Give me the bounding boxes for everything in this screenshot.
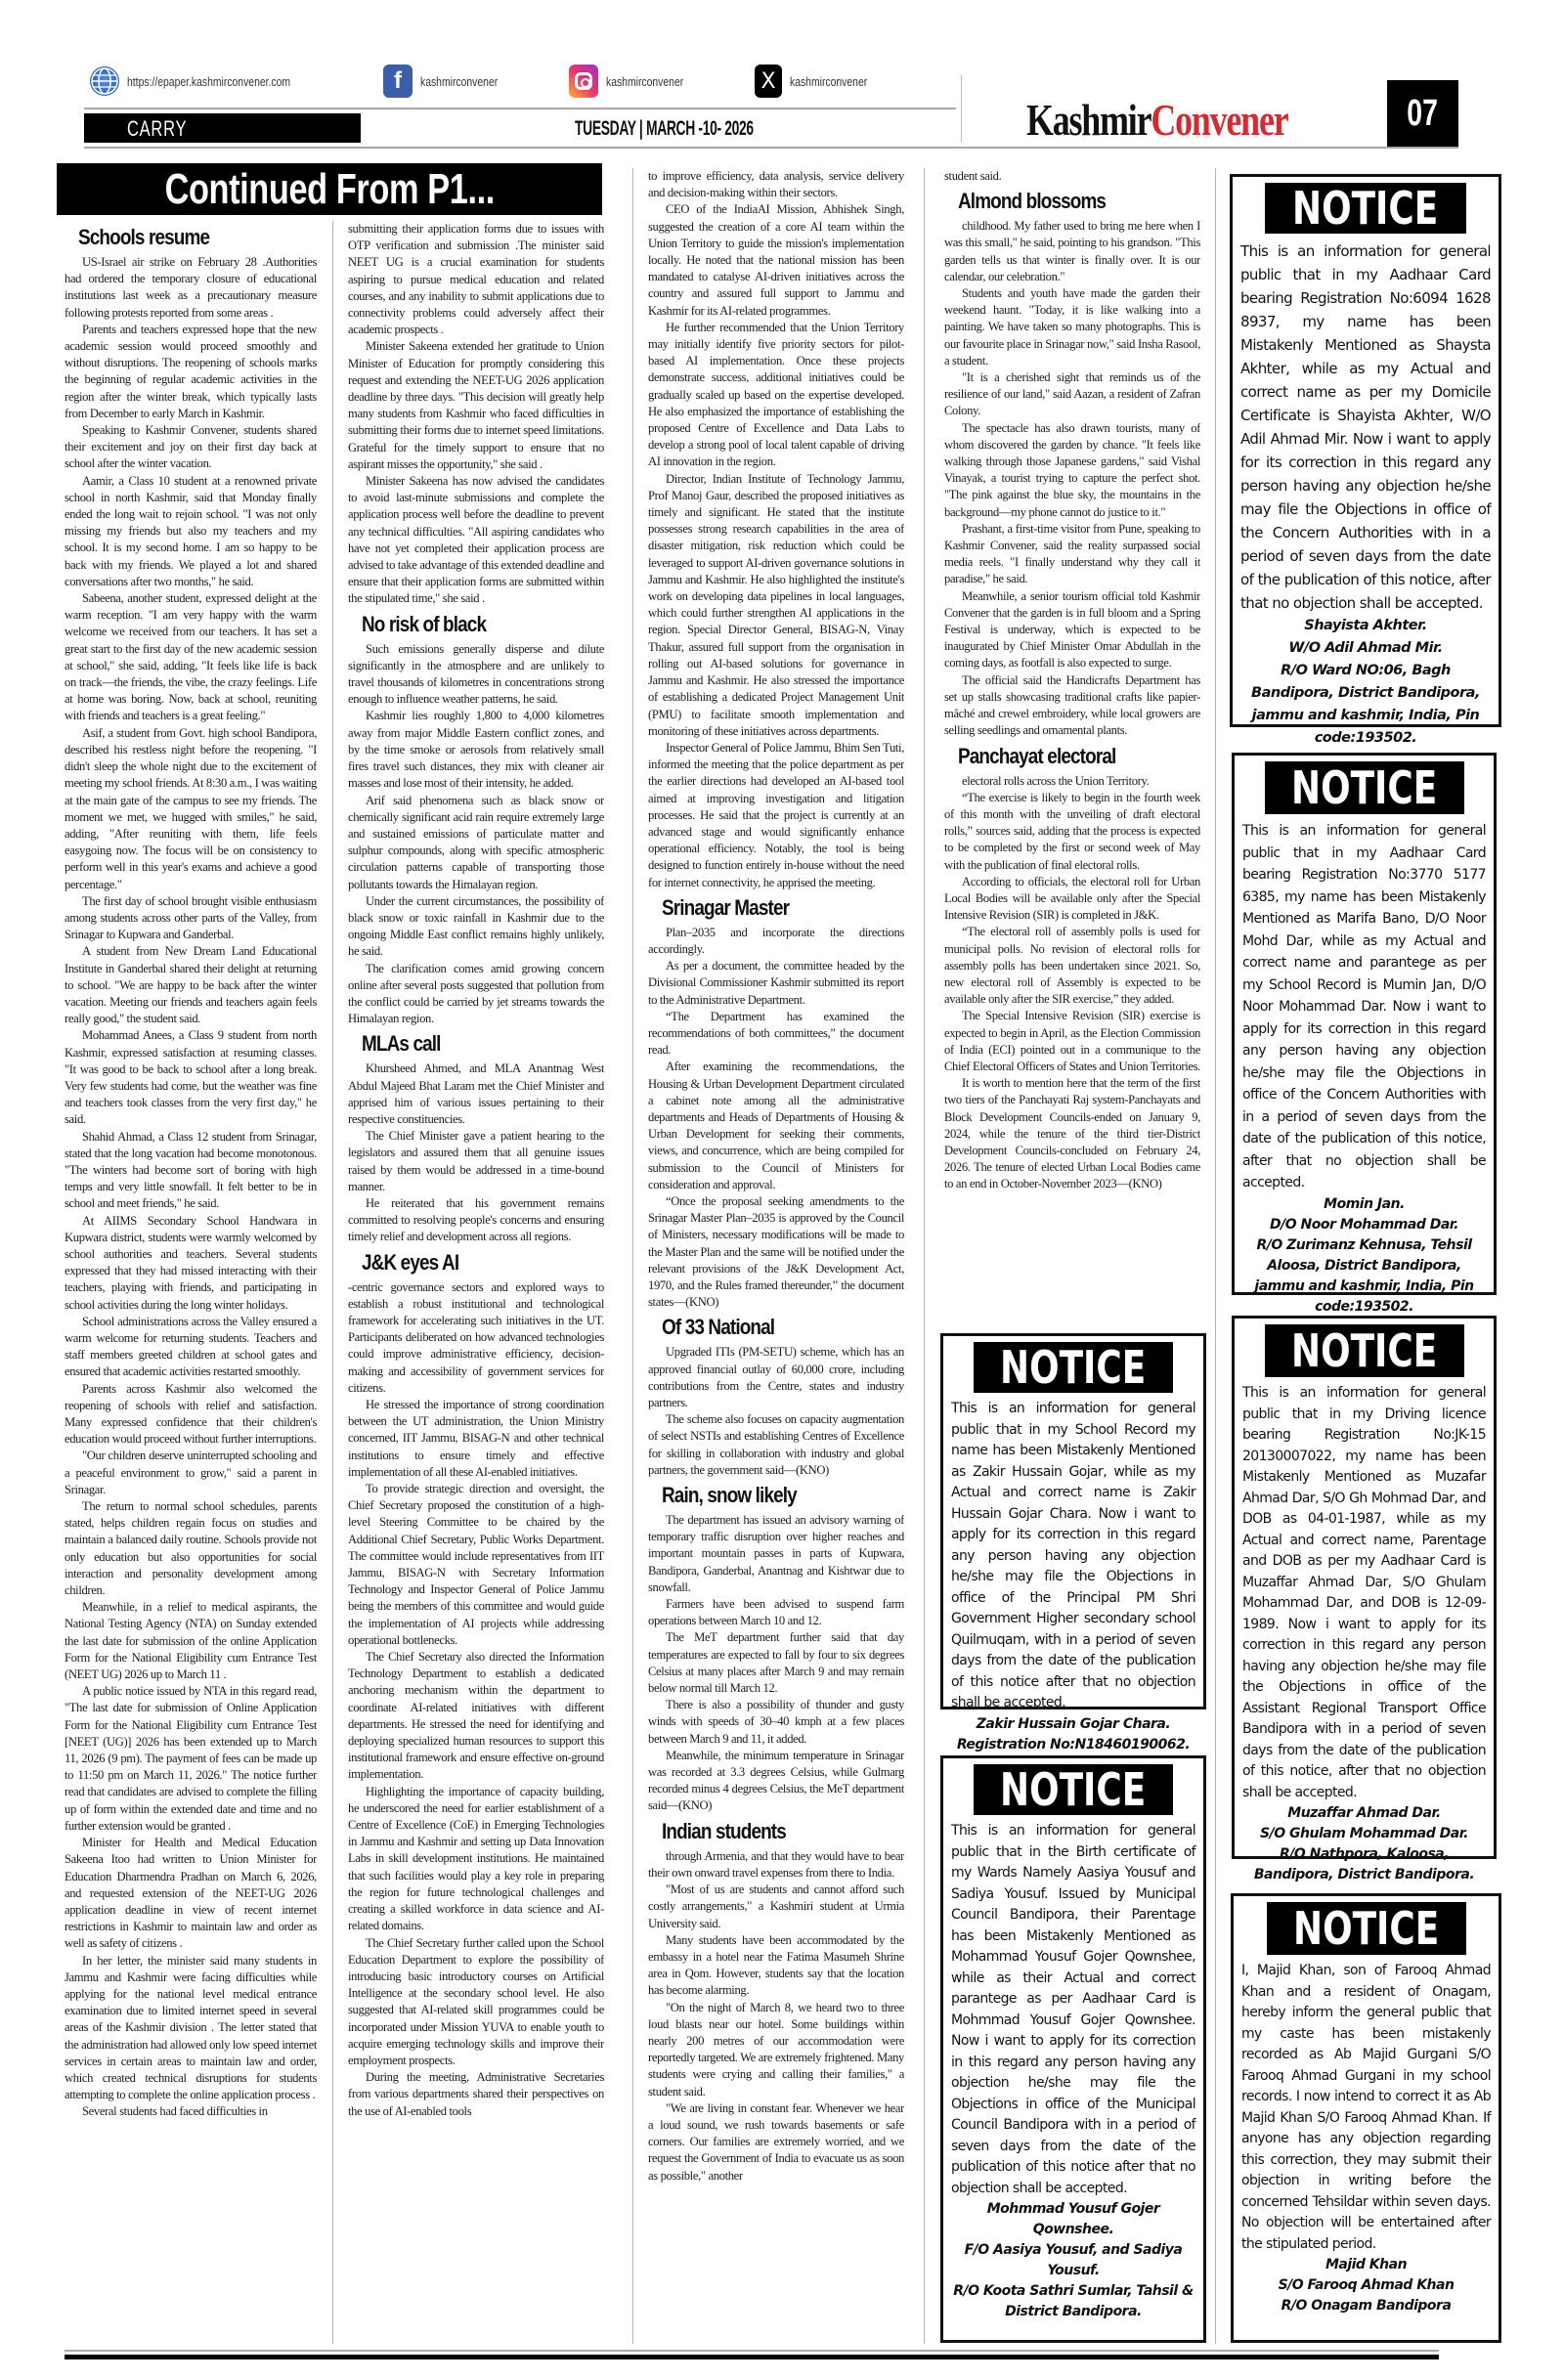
notice-title-text: NOTICE: [1000, 1764, 1146, 1815]
paragraph: The department has issued an advisory wa…: [648, 1512, 904, 1596]
paragraph: School administrations across the Valley…: [65, 1314, 317, 1381]
paragraph: He further recommended that the Union Te…: [648, 320, 904, 471]
paragraph: Parents and teachers expressed hope that…: [65, 322, 317, 422]
page-header: https://epaper.kashmirconvener.com f kas…: [0, 0, 1564, 156]
paragraph: Many students have been accommodated by …: [648, 1932, 904, 2000]
continued-banner: Continued From P1...: [57, 163, 602, 215]
notice-signature: Mohmmad Yousuf Gojer Qownshee. F/O Aasiy…: [951, 2199, 1195, 2322]
social-links: https://epaper.kashmirconvener.com f kas…: [90, 65, 950, 98]
paragraph: The MeT department further said that day…: [648, 1629, 904, 1697]
notice-title: NOTICE: [1265, 183, 1466, 234]
paragraph: -centric governance sectors and explored…: [348, 1279, 604, 1397]
notice-title: NOTICE: [1265, 761, 1464, 814]
paragraph: "On the night of March 8, we heard two t…: [648, 2000, 904, 2100]
paragraph: According to officials, the electoral ro…: [944, 874, 1200, 925]
signature-name: Muzaffar Ahmad Dar.: [1242, 1803, 1486, 1824]
article-heading-of-33-national: Of 33 National: [662, 1313, 870, 1342]
signature-relation: S/O Farooq Ahmad Khan: [1241, 2275, 1491, 2296]
paragraph: electoral rolls across the Union Territo…: [944, 773, 1200, 790]
paragraph: He reiterated that his government remain…: [348, 1195, 604, 1246]
paragraph: The Chief Minister gave a patient hearin…: [348, 1128, 604, 1195]
paragraph: Under the current circumstances, the pos…: [348, 893, 604, 961]
paragraph: Aamir, a Class 10 student at a renowned …: [65, 473, 317, 590]
notice-signature: Zakir Hussain Gojar Chara. Registration …: [951, 1714, 1195, 1755]
paragraph: Plan–2035 and incorporate the directions…: [648, 925, 904, 958]
signature-name: Shayista Akhter.: [1240, 615, 1491, 637]
paragraph: “The exercise is likely to begin in the …: [944, 790, 1200, 874]
column-2: submitting their application forms due t…: [348, 221, 604, 2344]
paragraph: After examining the recommendations, the…: [648, 1059, 904, 1193]
masthead-kashmir: Kashmir: [1026, 95, 1151, 145]
paragraph: Meanwhile, the minimum temperature in Sr…: [648, 1748, 904, 1815]
paragraph: As per a document, the committee headed …: [648, 958, 904, 1009]
x-handle: kashmirconvener: [790, 74, 867, 89]
signature-name: Mohmmad Yousuf Gojer Qownshee.: [951, 2199, 1195, 2240]
paragraph: Meanwhile, a senior tourism official tol…: [944, 588, 1200, 672]
paragraph: Such emissions generally disperse and di…: [348, 641, 604, 709]
notice-title: NOTICE: [1267, 1902, 1466, 1955]
paragraph: The Special Intensive Revision (SIR) exe…: [944, 1008, 1200, 1075]
facebook-link[interactable]: f kashmirconvener: [383, 65, 569, 98]
header-divider: [84, 108, 956, 109]
signature-name: Momin Jan.: [1242, 1194, 1486, 1215]
signature-name: Zakir Hussain Gojar Chara.: [951, 1714, 1195, 1735]
article-heading-no-risk: No risk of black: [362, 610, 570, 639]
notice-signature: Muzaffar Ahmad Dar. S/O Ghulam Mohammad …: [1242, 1803, 1486, 1885]
notice-title-text: NOTICE: [1291, 761, 1437, 814]
notice-title-text: NOTICE: [1292, 183, 1438, 234]
instagram-link[interactable]: kashmirconvener: [569, 65, 755, 98]
signature-address: R/O Koota Sathri Sumlar, Tahsil & Distri…: [951, 2281, 1195, 2322]
paragraph: The clarification comes amid growing con…: [348, 961, 604, 1028]
paragraph: "We are living in constant fear. Wheneve…: [648, 2100, 904, 2185]
signature-relation: W/O Adil Ahmad Mir.: [1240, 637, 1491, 660]
notice-box-momin-jan: NOTICE This is an information for genera…: [1232, 753, 1497, 1295]
facebook-handle: kashmirconvener: [420, 74, 498, 89]
article-heading-indian-students: Indian students: [662, 1817, 870, 1846]
paragraph: through Armenia, and that they would hav…: [648, 1848, 904, 1882]
paragraph: Kashmir lies roughly 1,800 to 4,000 kilo…: [348, 708, 604, 792]
paragraph: The Chief Secretary further called upon …: [348, 1935, 604, 2070]
notice-box-muzaffar: NOTICE This is an information for genera…: [1232, 1316, 1497, 1859]
paragraph: Parents across Kashmir also welcomed the…: [65, 1381, 317, 1449]
facebook-icon: f: [383, 65, 413, 98]
notice-title-text: NOTICE: [1000, 1342, 1146, 1393]
signature-relation: S/O Ghulam Mohammad Dar.: [1242, 1824, 1486, 1844]
signature-address: R/O Nathpora, Kaloosa, Bandipora, Distri…: [1242, 1844, 1486, 1885]
paragraph: Farmers have been advised to suspend far…: [648, 1596, 904, 1629]
x-link[interactable]: X kashmirconvener: [755, 65, 950, 98]
paragraph: He stressed the importance of strong coo…: [348, 1397, 604, 1481]
notice-signature: Majid Khan S/O Farooq Ahmad Khan R/O Ona…: [1241, 2255, 1491, 2316]
notice-body: I, Majid Khan, son of Farooq Ahmad Khan …: [1241, 1961, 1491, 2255]
paragraph: Minister Sakeena extended her gratitude …: [348, 338, 604, 473]
article-heading-jk-eyes-ai: J&K eyes AI: [362, 1248, 570, 1277]
issue-date: TUESDAY | MARCH -10- 2026: [575, 117, 754, 141]
paragraph: “Once the proposal seeking amendments to…: [648, 1193, 904, 1311]
notice-body: This is an information for general publi…: [1242, 820, 1486, 1194]
header-bottom-rule: [84, 147, 1458, 149]
paragraph: submitting their application forms due t…: [348, 221, 604, 338]
paragraph: Arif said phenomena such as black snow o…: [348, 793, 604, 893]
notice-title: NOTICE: [974, 1342, 1173, 1393]
paragraph: During the meeting, Administrative Secre…: [348, 2069, 604, 2120]
signature-address: R/O Onagam Bandipora: [1241, 2296, 1491, 2316]
x-icon: X: [755, 65, 782, 98]
paragraph: At AIIMS Secondary School Handwara in Ku…: [65, 1213, 317, 1314]
paragraph: "Our children deserve uninterrupted scho…: [65, 1448, 317, 1498]
signature-registration: Registration No:N18460190062.: [951, 1735, 1195, 1755]
masthead-convener: Convener: [1151, 95, 1287, 145]
article-heading-mlas-call: MLAs call: [362, 1029, 570, 1059]
article-schools-resume: Schools resume US-Israel air strike on F…: [65, 221, 317, 2344]
section-tag: CARRY: [84, 113, 361, 143]
paragraph: The return to normal school schedules, p…: [65, 1498, 317, 1599]
notice-title: NOTICE: [974, 1764, 1173, 1815]
paragraph: to improve efficiency, data analysis, se…: [648, 168, 904, 201]
column-divider: [1215, 168, 1216, 2344]
paragraph: CEO of the IndiaAI Mission, Abhishek Sin…: [648, 201, 904, 319]
notice-box-zakir-hussain: NOTICE This is an information for genera…: [940, 1333, 1206, 1709]
footer-rule-thick: [65, 2355, 1439, 2359]
column-divider: [924, 168, 925, 2344]
paragraph: “The Department has examined the recomme…: [648, 1009, 904, 1060]
masthead-logo: KashmirConvener: [1026, 94, 1287, 146]
notice-title-text: NOTICE: [1293, 1902, 1439, 1955]
paragraph: Prashant, a first-time visitor from Pune…: [944, 521, 1200, 588]
paragraph: The first day of school brought visible …: [65, 893, 317, 944]
paragraph: Meanwhile, in a relief to medical aspira…: [65, 1599, 317, 1683]
paragraph: The Chief Secretary also directed the In…: [348, 1649, 604, 1784]
paragraph: Minister for Health and Medical Educatio…: [65, 1835, 317, 1952]
footer-rule-thin: [65, 2350, 1439, 2352]
paragraph: Director, Indian Institute of Technology…: [648, 471, 904, 740]
header-vertical-divider: [961, 75, 962, 142]
paragraph: The scheme also focuses on capacity augm…: [648, 1411, 904, 1479]
paragraph: Several students had faced difficulties …: [65, 2103, 317, 2120]
paragraph: Speaking to Kashmir Convener, students s…: [65, 422, 317, 473]
paragraph: Upgraded ITIs (PM-SETU) scheme, which ha…: [648, 1344, 904, 1411]
website-link[interactable]: https://epaper.kashmirconvener.com: [90, 66, 383, 96]
paragraph: Khursheed Ahmed, and MLA Anantnag West A…: [348, 1060, 604, 1128]
paragraph: Asif, a student from Govt. high school B…: [65, 725, 317, 893]
column-3: to improve efficiency, data analysis, se…: [648, 168, 904, 2344]
article-heading-panchayat-electoral: Panchayat electoral: [958, 742, 1166, 771]
notice-box-majid-khan: NOTICE I, Majid Khan, son of Farooq Ahma…: [1231, 1893, 1501, 2343]
page-number-box: 07: [1387, 80, 1458, 147]
paragraph: Inspector General of Police Jammu, Bhim …: [648, 740, 904, 891]
section-label: CARRY: [127, 116, 187, 142]
paragraph: Students and youth have made the garden …: [944, 285, 1200, 369]
notice-signature: Momin Jan. D/O Noor Mohammad Dar. R/O Zu…: [1242, 1194, 1486, 1318]
notice-body: This is an information for general publi…: [1242, 1383, 1486, 1803]
paragraph: There is also a possibility of thunder a…: [648, 1697, 904, 1748]
paragraph: student said.: [944, 168, 1200, 185]
paragraph: A student from New Dream Land Educationa…: [65, 943, 317, 1027]
notice-signature: Shayista Akhter. W/O Adil Ahmad Mir. R/O…: [1240, 615, 1491, 750]
notice-body: This is an information for general publi…: [951, 1821, 1195, 2199]
article-heading-almond-blossoms: Almond blossoms: [958, 187, 1166, 216]
signature-relation: D/O Noor Mohammad Dar.: [1242, 1215, 1486, 1235]
paragraph: “The electoral roll of assembly polls is…: [944, 924, 1200, 1008]
notice-title-text: NOTICE: [1291, 1324, 1437, 1377]
paragraph: US-Israel air strike on February 28 .Aut…: [65, 254, 317, 322]
paragraph: Mohammad Anees, a Class 9 student from n…: [65, 1027, 317, 1128]
paragraph: A public notice issued by NTA in this re…: [65, 1683, 317, 1835]
notice-box-shayista: NOTICE This is an information for genera…: [1230, 174, 1501, 727]
signature-name: Majid Khan: [1241, 2255, 1491, 2275]
paragraph: Highlighting the importance of capacity …: [348, 1784, 604, 1935]
article-heading: Schools resume: [78, 223, 283, 252]
paragraph: To provide strategic direction and overs…: [348, 1481, 604, 1649]
page-number: 07: [1408, 93, 1439, 135]
website-url: https://epaper.kashmirconvener.com: [127, 74, 290, 89]
notice-body: This is an information for general publi…: [1240, 239, 1491, 615]
paragraph: Minister Sakeena has now advised the can…: [348, 473, 604, 608]
paragraph: "Most of us are students and cannot affo…: [648, 1882, 904, 1932]
instagram-icon: [569, 65, 598, 98]
paragraph: childhood. My father used to bring me he…: [944, 218, 1200, 285]
notice-body: This is an information for general publi…: [951, 1399, 1195, 1714]
paragraph: It is worth to mention here that the ter…: [944, 1075, 1200, 1192]
article-heading-srinagar-master: Srinagar Master: [662, 893, 870, 923]
signature-address: R/O Zurimanz Kehnusa, Tehsil Aloosa, Dis…: [1242, 1235, 1486, 1318]
globe-icon: [90, 66, 119, 96]
signature-relation: F/O Aasiya Yousuf, and Sadiya Yousuf.: [951, 2240, 1195, 2281]
column-4: student said. Almond blossoms childhood.…: [944, 168, 1200, 1341]
notice-title: NOTICE: [1265, 1324, 1464, 1377]
notice-box-mohmmad-yousuf: NOTICE This is an information for genera…: [940, 1755, 1206, 2343]
paragraph: Shahid Ahmad, a Class 12 student from Sr…: [65, 1129, 317, 1213]
paragraph: The official said the Handicrafts Depart…: [944, 672, 1200, 740]
paragraph: Sabeena, another student, expressed deli…: [65, 590, 317, 725]
signature-address: R/O Ward NO:06, Bagh Bandipora, District…: [1240, 660, 1491, 750]
column-divider: [632, 168, 633, 2344]
column-divider: [332, 221, 333, 2344]
paragraph: "It is a cherished sight that reminds us…: [944, 369, 1200, 420]
article-heading-rain-snow: Rain, snow likely: [662, 1481, 870, 1510]
instagram-handle: kashmirconvener: [606, 74, 683, 89]
paragraph: The spectacle has also drawn tourists, m…: [944, 420, 1200, 521]
banner-title: Continued From P1...: [164, 163, 494, 215]
paragraph: In her letter, the minister said many st…: [65, 1953, 317, 2104]
